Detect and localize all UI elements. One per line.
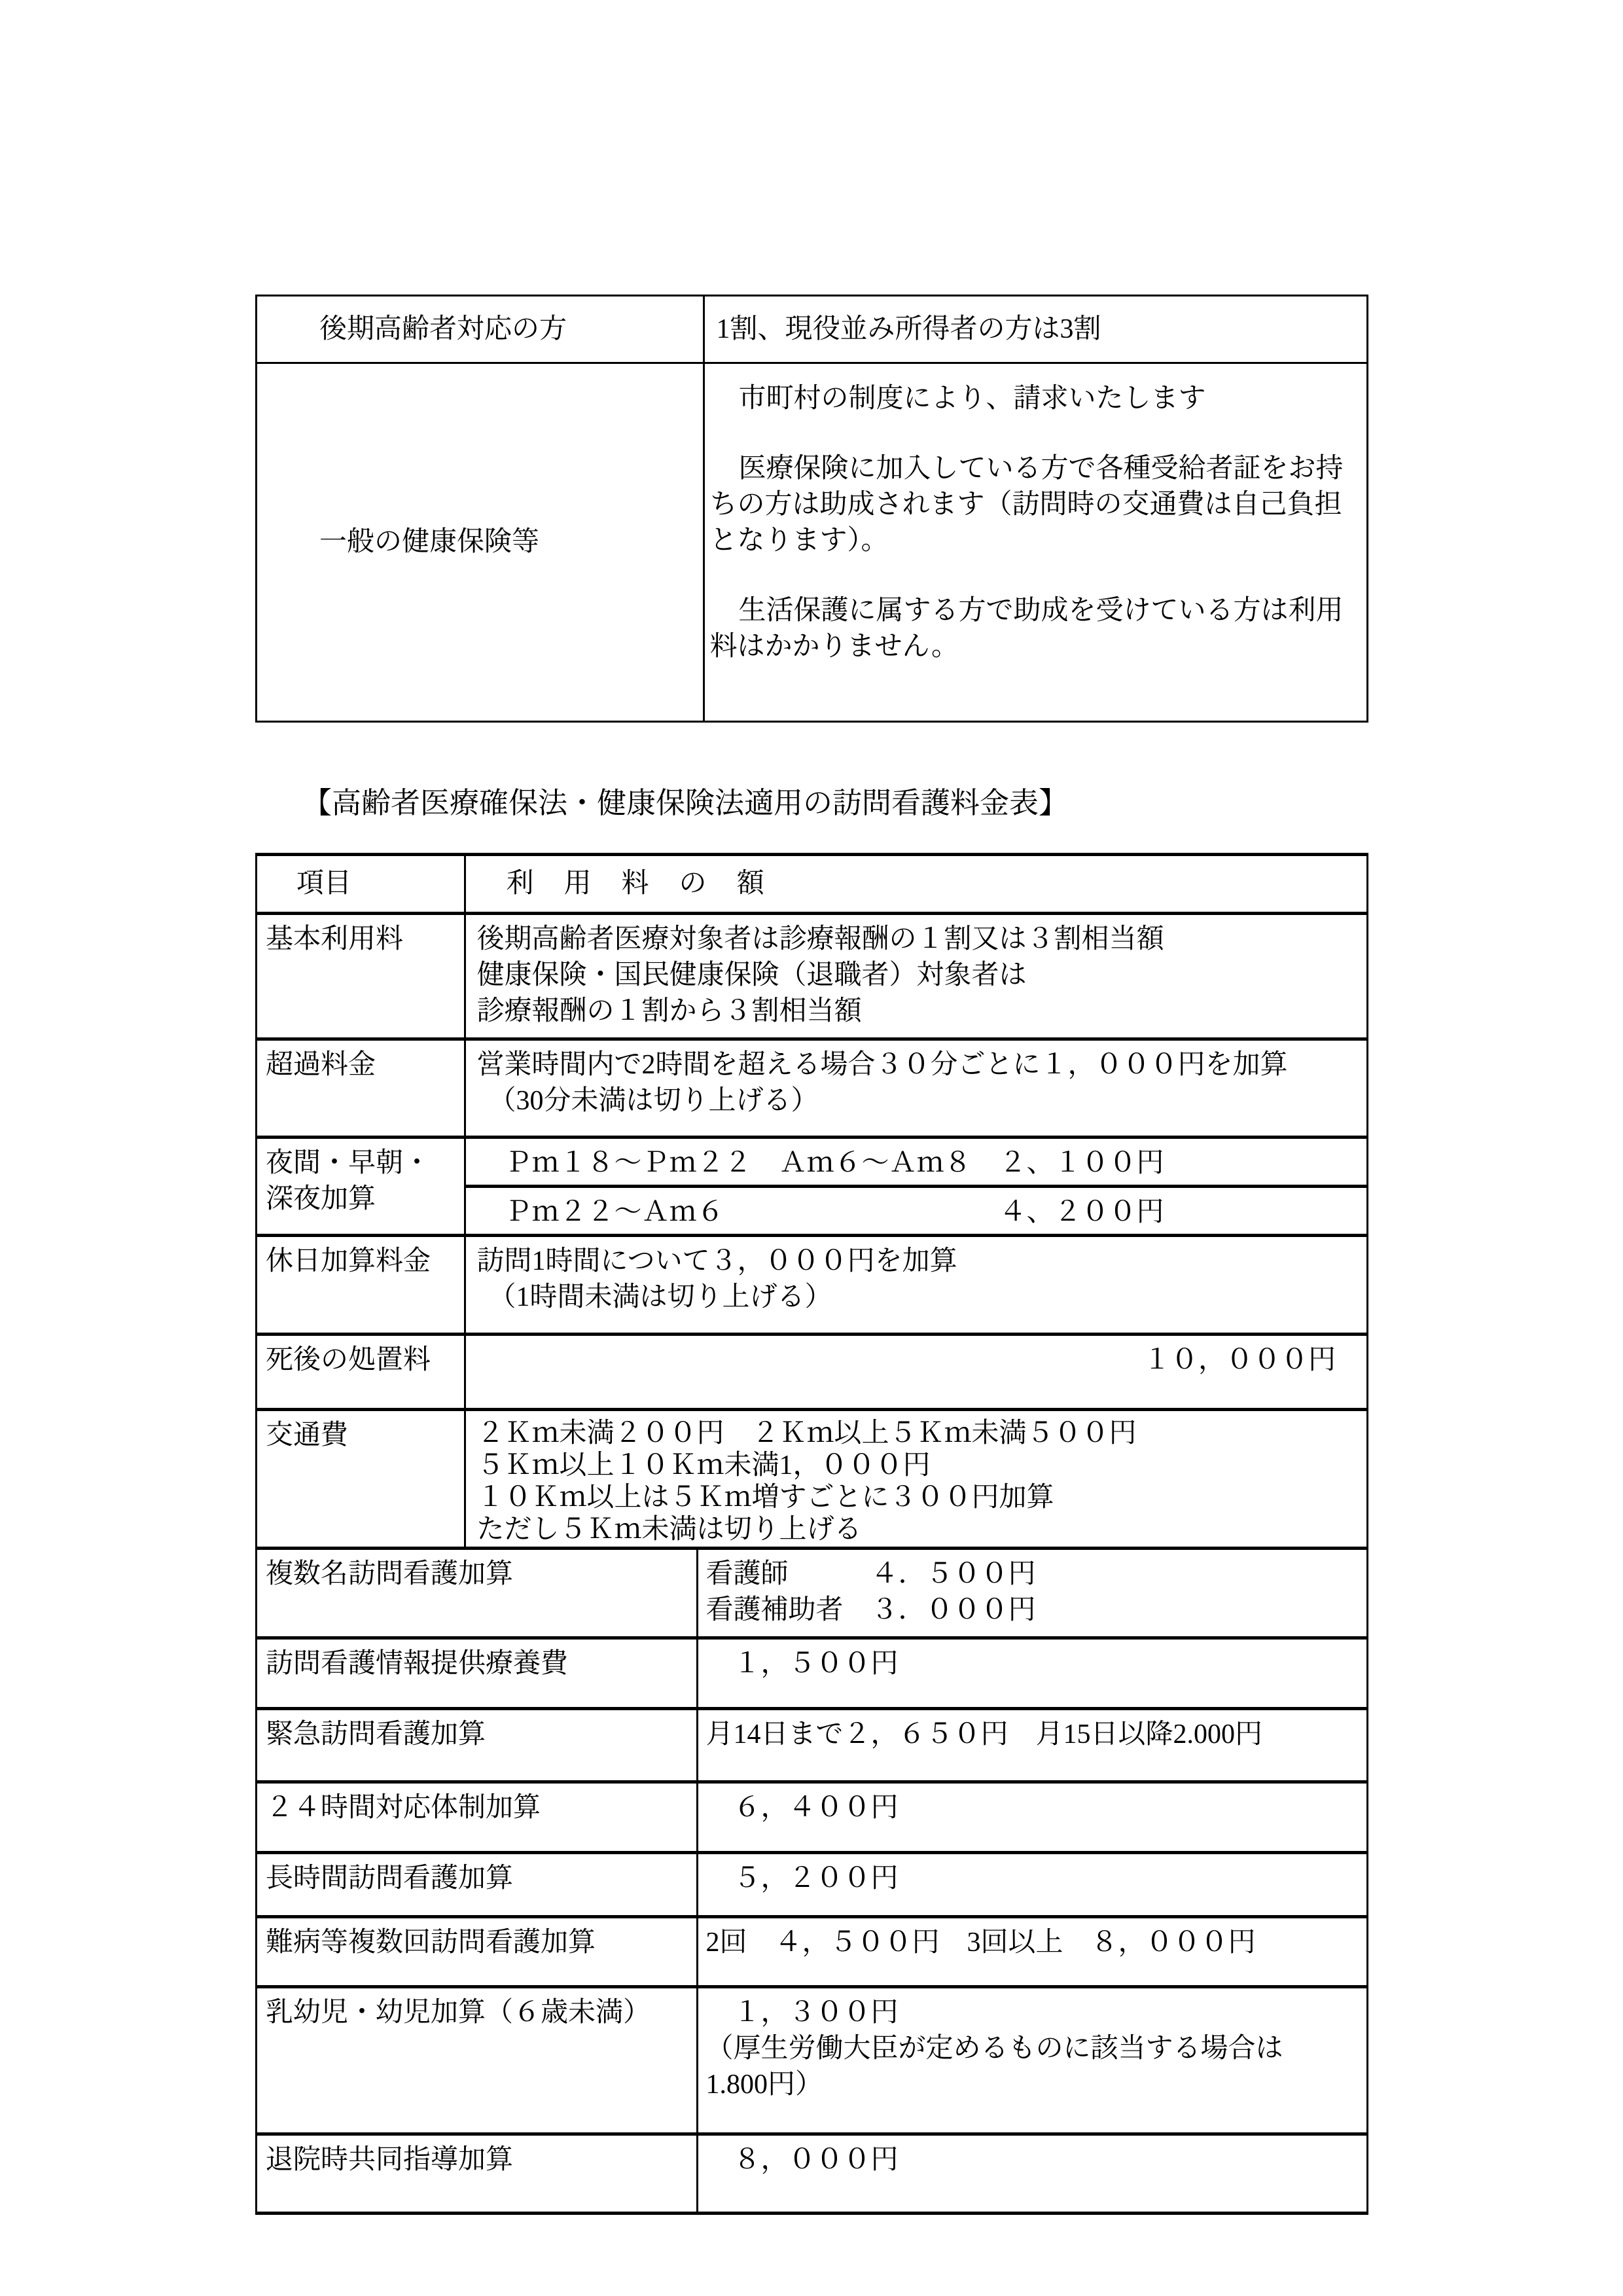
fee-table: 項目 利 用 料 の 額 基本利用料 後期高齢者医療対象者は診療報酬の１割又は３… bbox=[255, 853, 1368, 2215]
fee-discharge-value: ８，０００円 bbox=[697, 2134, 1366, 2212]
fee-around-clock-value: ６，４００円 bbox=[697, 1782, 1366, 1853]
paragraph: 市町村の制度により、請求いたします bbox=[710, 381, 1349, 417]
table-row: 難病等複数回訪問看護加算 2回 ４，５００円 3回以上 ８，０００円 bbox=[257, 1917, 1366, 1987]
table-row: 項目 利 用 料 の 額 bbox=[257, 856, 1366, 914]
fee-table-lower: 複数名訪問看護加算 看護師 ４．５００円 看護補助者 ３．０００円 訪問看護情報… bbox=[257, 1550, 1366, 2212]
fee-excess-value: 営業時間内で2時間を超える場合３０分ごとに１，０００円を加算 （30分未満は切り… bbox=[465, 1039, 1366, 1138]
value-line: 営業時間内で2時間を超える場合３０分ごとに１，０００円を加算 bbox=[477, 1047, 1361, 1083]
value-line: （1時間未満は切り上げる） bbox=[477, 1280, 1361, 1316]
fee-intractable-value: 2回 ４，５００円 3回以上 ８，０００円 bbox=[697, 1917, 1366, 1987]
table-row: 複数名訪問看護加算 看護師 ４．５００円 看護補助者 ３．０００円 bbox=[257, 1550, 1366, 1638]
table-row: 夜間・早朝・ 深夜加算 Ｐｍ１８～Ｐｍ２２ Ａｍ６～Ａｍ８ ２、１００円 bbox=[257, 1138, 1366, 1187]
fee-long-visit-value: ５，２００円 bbox=[697, 1853, 1366, 1917]
fee-header-amount: 利 用 料 の 額 bbox=[465, 856, 1366, 914]
fee-intractable-label: 難病等複数回訪問看護加算 bbox=[257, 1917, 697, 1987]
fee-info-value: １，５００円 bbox=[697, 1638, 1366, 1709]
insurance-table: 後期高齢者対応の方 1割、現役並み所得者の方は3割 一般の健康保険等 市町村の制… bbox=[255, 295, 1368, 723]
value-line: 看護師 ４．５００円 bbox=[706, 1556, 1361, 1592]
document-page: 後期高齢者対応の方 1割、現役並み所得者の方は3割 一般の健康保険等 市町村の制… bbox=[0, 0, 1623, 2296]
table-row: 長時間訪問看護加算 ５，２００円 bbox=[257, 1853, 1366, 1917]
value-line: Ｐｍ２２～Ａｍ６ ４、２００円 bbox=[477, 1194, 1361, 1230]
value-line: ２Ｋｍ未満２００円 ２Ｋｍ以上５Ｋｍ未満５００円 bbox=[477, 1418, 1361, 1450]
fee-info-label: 訪問看護情報提供療養費 bbox=[257, 1638, 697, 1709]
fee-header-item: 項目 bbox=[257, 856, 465, 914]
section-title: 【高齢者医療確保法・健康保険法適用の訪問看護料金表】 bbox=[302, 785, 1068, 821]
value-line: 1.800円） bbox=[706, 2067, 1361, 2103]
table-row: 乳幼児・幼児加算（６歳未満） １，３００円 （厚生労働大臣が定めるものに該当する… bbox=[257, 1987, 1366, 2134]
insurance-row-elderly-label: 後期高齢者対応の方 bbox=[257, 296, 704, 363]
value-line: 訪問1時間について３，０００円を加算 bbox=[477, 1244, 1361, 1280]
table-row: 基本利用料 後期高齢者医療対象者は診療報酬の１割又は３割相当額 健康保険・国民健… bbox=[257, 914, 1366, 1039]
value-line: 診療報酬の１割から３割相当額 bbox=[477, 994, 1361, 1030]
table-row: 訪問看護情報提供療養費 １，５００円 bbox=[257, 1638, 1366, 1709]
value-line: Ｐｍ１８～Ｐｍ２２ Ａｍ６～Ａｍ８ ２、１００円 bbox=[477, 1145, 1361, 1181]
paragraph: 生活保護に属する方で助成を受けている方は利用料はかかりません。 bbox=[710, 593, 1349, 665]
fee-emergency-label: 緊急訪問看護加算 bbox=[257, 1709, 697, 1782]
value-line: 看護補助者 ３．０００円 bbox=[706, 1592, 1361, 1628]
fee-around-clock-label: ２４時間対応体制加算 bbox=[257, 1782, 697, 1853]
value-line: 健康保険・国民健康保険（退職者）対象者は bbox=[477, 958, 1361, 994]
table-row: ２４時間対応体制加算 ６，４００円 bbox=[257, 1782, 1366, 1853]
table-row: 退院時共同指導加算 ８，０００円 bbox=[257, 2134, 1366, 2212]
table-row: 休日加算料金 訪問1時間について３，０００円を加算 （1時間未満は切り上げる） bbox=[257, 1236, 1366, 1335]
fee-transport-value: ２Ｋｍ未満２００円 ２Ｋｍ以上５Ｋｍ未満５００円 ５Ｋｍ以上１０Ｋｍ未満1，００… bbox=[465, 1410, 1366, 1549]
fee-infant-value: １，３００円 （厚生労働大臣が定めるものに該当する場合は 1.800円） bbox=[697, 1987, 1366, 2134]
table-row: 一般の健康保険等 市町村の制度により、請求いたします 医療保険に加入している方で… bbox=[257, 363, 1366, 721]
table-row: 緊急訪問看護加算 月14日まで２，６５０円 月15日以降2.000円 bbox=[257, 1709, 1366, 1782]
label-line: 夜間・早朝・ bbox=[266, 1145, 457, 1181]
table-row: 後期高齢者対応の方 1割、現役並み所得者の方は3割 bbox=[257, 296, 1366, 363]
fee-night-subrow-1: Ｐｍ１８～Ｐｍ２２ Ａｍ６～Ａｍ８ ２、１００円 bbox=[465, 1138, 1366, 1187]
table-row: 死後の処置料 １０，０００円 bbox=[257, 1335, 1366, 1410]
insurance-row-general-value: 市町村の制度により、請求いたします 医療保険に加入している方で各種受給者証をお持… bbox=[704, 363, 1366, 721]
insurance-row-elderly-value: 1割、現役並み所得者の方は3割 bbox=[704, 296, 1366, 363]
value-line: ただし５Ｋｍ未満は切り上げる bbox=[477, 1514, 1361, 1546]
table-row: 超過料金 営業時間内で2時間を超える場合３０分ごとに１，０００円を加算 （30分… bbox=[257, 1039, 1366, 1138]
fee-multi-nurse-label: 複数名訪問看護加算 bbox=[257, 1550, 697, 1638]
insurance-row-general-label: 一般の健康保険等 bbox=[257, 363, 704, 721]
fee-transport-label: 交通費 bbox=[257, 1410, 465, 1549]
value-line: 後期高齢者医療対象者は診療報酬の１割又は３割相当額 bbox=[477, 922, 1361, 958]
fee-death-label: 死後の処置料 bbox=[257, 1335, 465, 1410]
fee-basic-label: 基本利用料 bbox=[257, 914, 465, 1039]
value-line: １０Ｋｍ以上は５Ｋｍ増すごとに３００円加算 bbox=[477, 1482, 1361, 1514]
fee-holiday-label: 休日加算料金 bbox=[257, 1236, 465, 1335]
fee-multi-nurse-value: 看護師 ４．５００円 看護補助者 ３．０００円 bbox=[697, 1550, 1366, 1638]
value-line: （厚生労働大臣が定めるものに該当する場合は bbox=[706, 2031, 1361, 2067]
fee-table-upper: 項目 利 用 料 の 額 基本利用料 後期高齢者医療対象者は診療報酬の１割又は３… bbox=[257, 856, 1366, 1550]
fee-holiday-value: 訪問1時間について３，０００円を加算 （1時間未満は切り上げる） bbox=[465, 1236, 1366, 1335]
fee-excess-label: 超過料金 bbox=[257, 1039, 465, 1138]
fee-basic-value: 後期高齢者医療対象者は診療報酬の１割又は３割相当額 健康保険・国民健康保険（退職… bbox=[465, 914, 1366, 1039]
fee-night-label: 夜間・早朝・ 深夜加算 bbox=[257, 1138, 465, 1236]
table-row: 交通費 ２Ｋｍ未満２００円 ２Ｋｍ以上５Ｋｍ未満５００円 ５Ｋｍ以上１０Ｋｍ未満… bbox=[257, 1410, 1366, 1549]
fee-night-subrow-2: Ｐｍ２２～Ａｍ６ ４、２００円 bbox=[465, 1187, 1366, 1236]
fee-emergency-value: 月14日まで２，６５０円 月15日以降2.000円 bbox=[697, 1709, 1366, 1782]
value-line: （30分未満は切り上げる） bbox=[477, 1083, 1361, 1119]
fee-long-visit-label: 長時間訪問看護加算 bbox=[257, 1853, 697, 1917]
paragraph: 医療保険に加入している方で各種受給者証をお持ちの方は助成されます（訪問時の交通費… bbox=[710, 451, 1349, 559]
label-line: 深夜加算 bbox=[266, 1181, 457, 1217]
value-line: １，３００円 bbox=[706, 1995, 1361, 2031]
fee-infant-label: 乳幼児・幼児加算（６歳未満） bbox=[257, 1987, 697, 2134]
fee-death-value: １０，０００円 bbox=[465, 1335, 1366, 1410]
fee-discharge-label: 退院時共同指導加算 bbox=[257, 2134, 697, 2212]
value-line: ５Ｋｍ以上１０Ｋｍ未満1，０００円 bbox=[477, 1450, 1361, 1482]
